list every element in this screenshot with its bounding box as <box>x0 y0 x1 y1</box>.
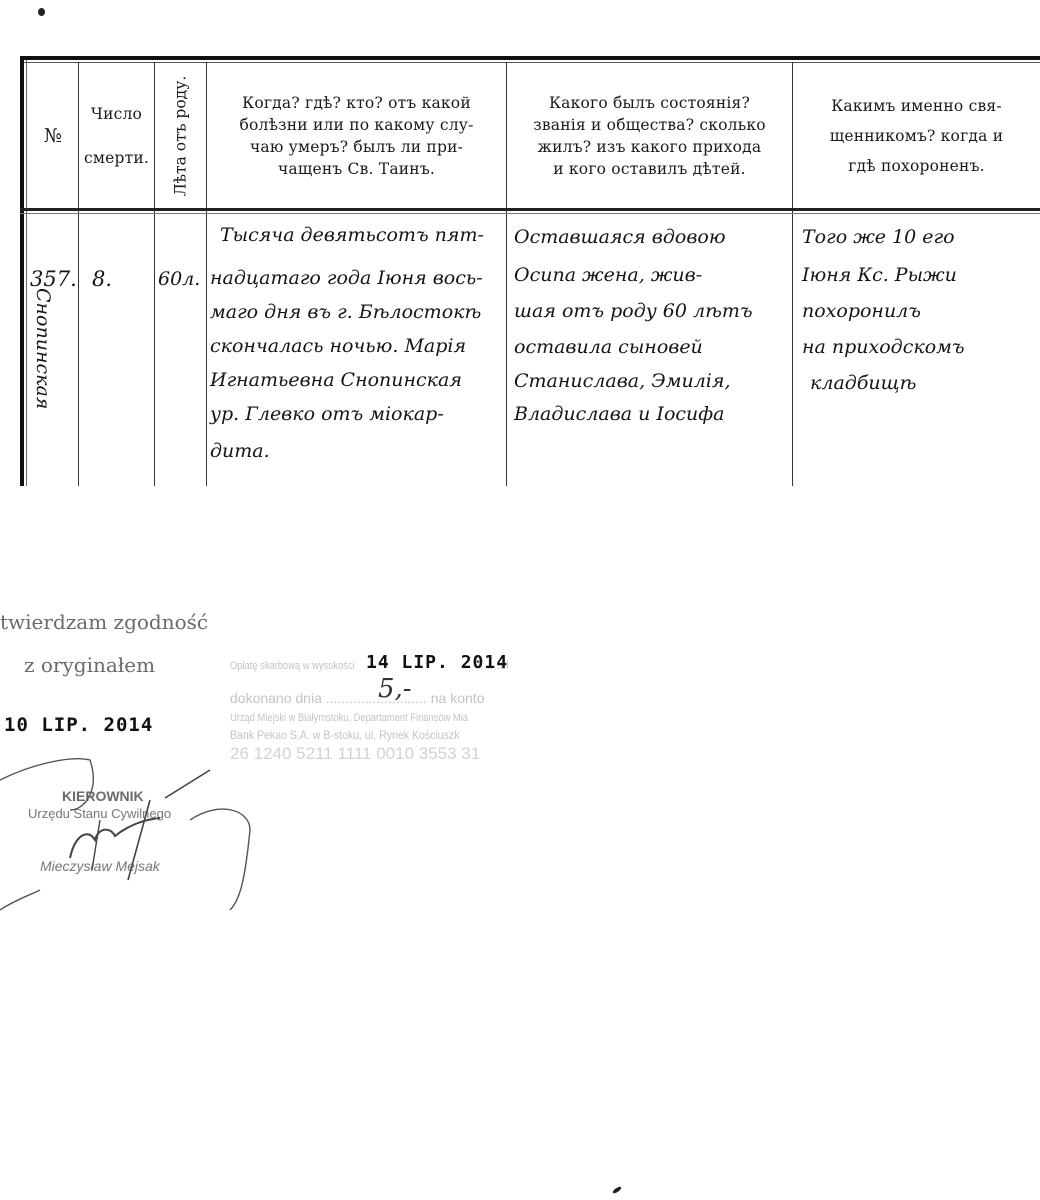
death-register-table: № Число смерти. Лѣта отъ роду. Когда? гд… <box>20 56 1040 486</box>
table-left-border <box>20 56 24 486</box>
header-bottom-border <box>20 208 1040 211</box>
header-number: № <box>28 64 78 208</box>
header-priest-burial: Какимъ именно свя- щенникомъ? когда и гд… <box>793 64 1040 208</box>
header-bottom-border-inner <box>20 213 1040 214</box>
header-status: Какого былъ состоянія? званія и общества… <box>507 64 792 208</box>
fee-date-stamp: 14 LIP. 2014 <box>366 652 508 673</box>
table-top-border <box>20 56 1040 60</box>
entry-day: 8. <box>92 264 112 295</box>
scan-speck <box>612 1185 622 1194</box>
certification-date-stamp: 10 LIP. 2014 <box>4 714 153 736</box>
certification-line2: z oryginałem <box>24 653 155 677</box>
header-day-of-death: Число смерти. <box>79 64 154 208</box>
scan-speck <box>38 8 45 16</box>
entry-surname: Снопинская <box>32 288 54 409</box>
fee-line2: dokonano dnia ..........................… <box>230 690 484 706</box>
header-when-where: Когда? гдѣ? кто? отъ какой болѣзни или п… <box>207 64 506 208</box>
certification-line1: twierdzam zgodność <box>0 610 208 634</box>
table-left-border-inner <box>26 60 27 486</box>
table-top-border-inner <box>20 62 1040 63</box>
entry-age: 60л. <box>158 264 200 295</box>
header-age: Лѣта отъ роду. <box>155 64 205 208</box>
signature-icon <box>0 740 300 920</box>
fee-line3: Urząd Miejski w Białymstoku, Departament… <box>230 712 468 724</box>
fee-amount-handwritten: 5,- <box>378 674 412 705</box>
fee-line1: Opłatę skarbową w wysokości <box>230 660 355 672</box>
